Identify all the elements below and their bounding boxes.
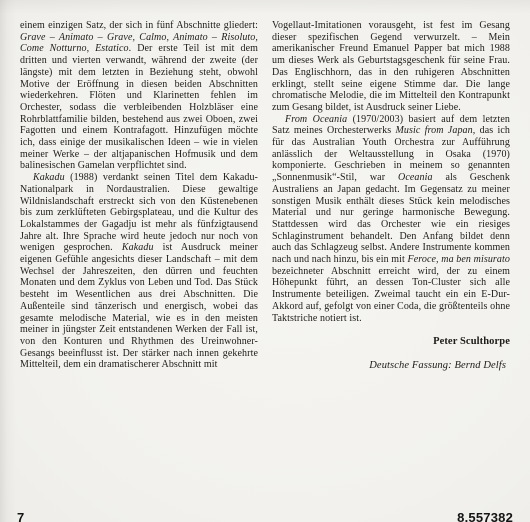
body-text: ist Ausdruck meiner eigenen Gefühle ange…	[20, 242, 258, 370]
paragraph: From Oceania (1970/2003) basiert auf dem…	[272, 114, 510, 325]
work-title-italic: Oceania	[398, 172, 433, 183]
booklet-page: einem einzigen Satz, der sich in fünf Ab…	[0, 0, 530, 522]
column-left-text: einem einzigen Satz, der sich in fünf Ab…	[20, 20, 258, 371]
work-title-italic: Kakadu	[33, 172, 65, 183]
page-number: 7	[17, 510, 24, 522]
paragraph: einem einzigen Satz, der sich in fünf Ab…	[20, 20, 258, 172]
author-signature: Peter Sculthorpe	[272, 336, 510, 348]
catalog-number: 8.557382	[457, 510, 513, 522]
text-columns: einem einzigen Satz, der sich in fünf Ab…	[20, 20, 510, 371]
column-right-text: Vogellaut-Imitationen vorausgeht, ist fe…	[272, 20, 510, 324]
work-title-italic: Feroce, ma ben misurato	[408, 254, 510, 265]
body-text: (1988) verdankt seinen Titel dem Kakadu-…	[20, 172, 258, 253]
body-text: als Geschenk Australiens an Japan gedach…	[272, 172, 510, 265]
paragraph: Vogellaut-Imitationen vorausgeht, ist fe…	[272, 20, 510, 114]
translation-credit: Deutsche Fassung: Bernd Delfs	[272, 360, 510, 372]
work-title-italic: From Oceania	[285, 114, 347, 125]
body-text: . Der erste Teil ist mit dem dritten und…	[20, 43, 258, 171]
column-left: einem einzigen Satz, der sich in fünf Ab…	[20, 20, 258, 371]
paragraph: Kakadu (1988) verdankt seinen Titel dem …	[20, 172, 258, 371]
work-title-italic: Kakadu	[122, 242, 154, 253]
work-title-italic: Music from Japan	[395, 125, 472, 136]
body-text: bezeichneter Abschnitt erreicht wird, de…	[272, 266, 510, 324]
column-right: Vogellaut-Imitationen vorausgeht, ist fe…	[272, 20, 510, 371]
body-text: einem einzigen Satz, der sich in fünf Ab…	[20, 20, 258, 31]
body-text: Vogellaut-Imitationen vorausgeht, ist fe…	[272, 20, 510, 113]
